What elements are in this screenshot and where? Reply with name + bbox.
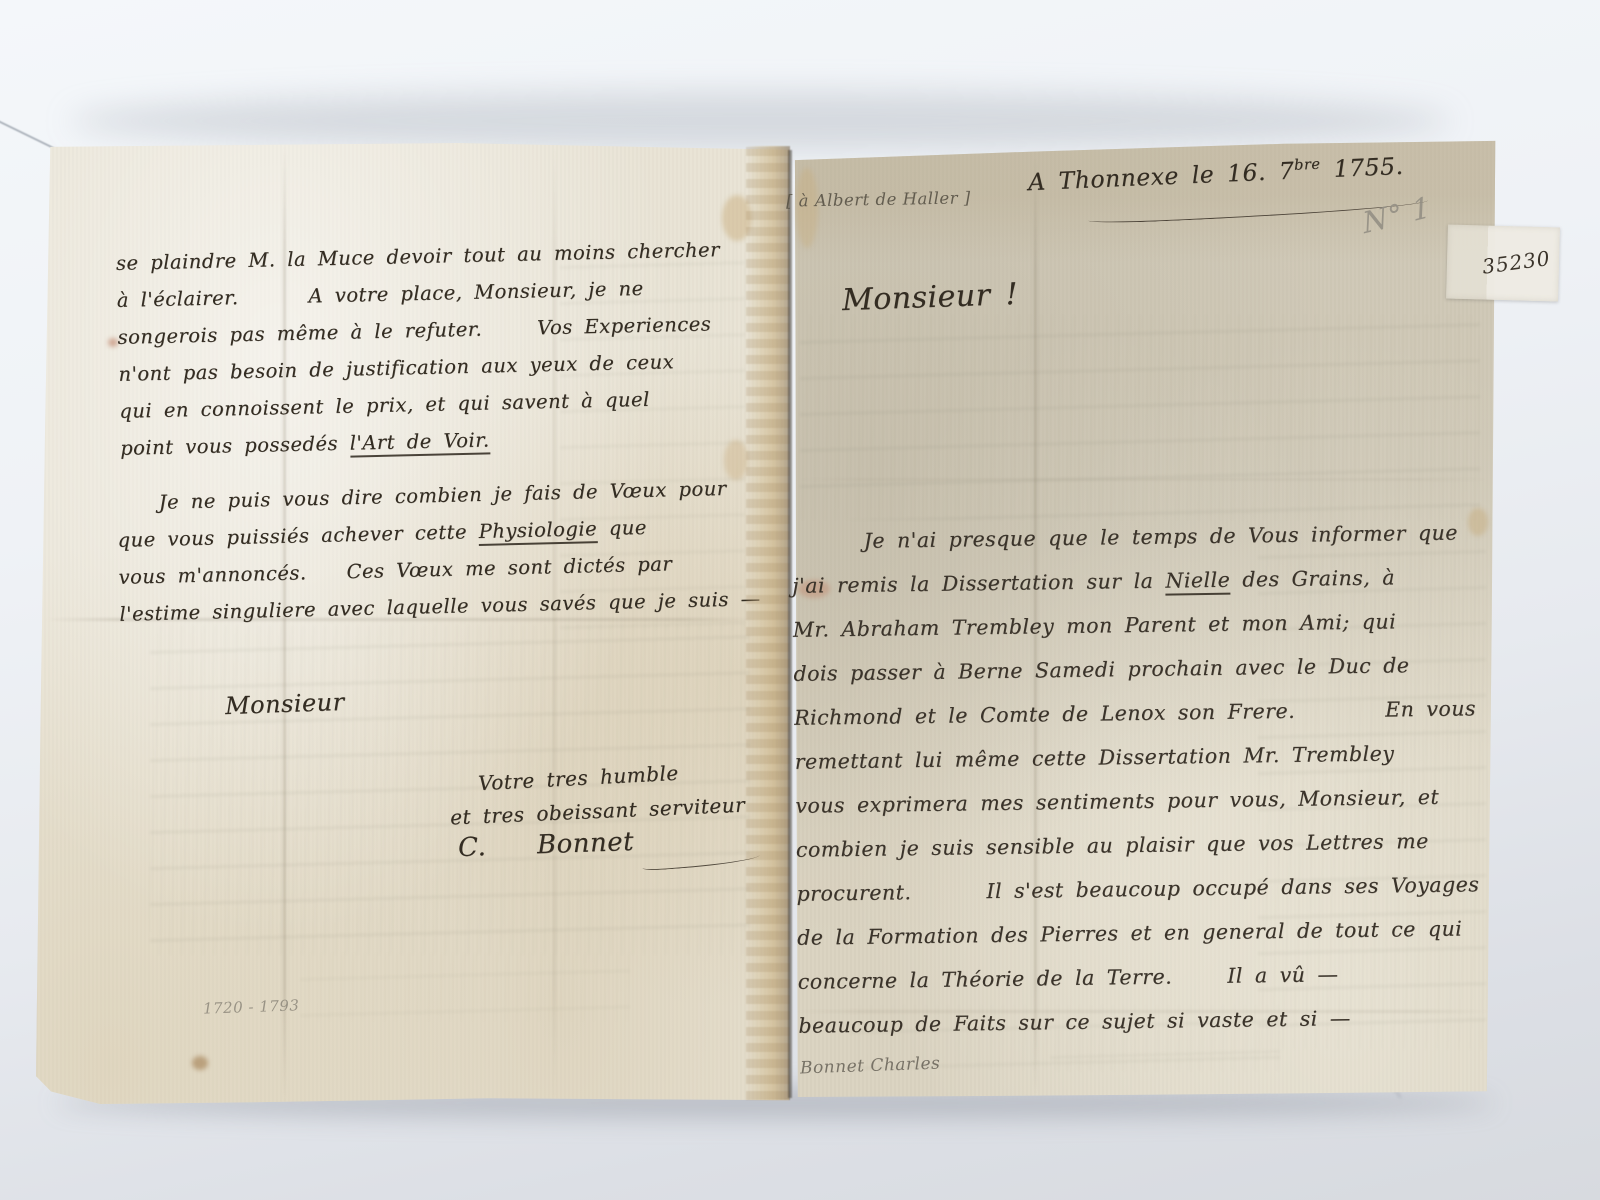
letter-text: dois passer à Berne Samedi prochain avec… bbox=[793, 653, 1409, 686]
letter-text: songerois pas même à le refuter. bbox=[117, 318, 482, 349]
letter-text: remettant lui même cette Dissertation Mr… bbox=[795, 741, 1395, 773]
letter-text: n'ont pas besoin de justification aux ye… bbox=[118, 350, 674, 386]
pencil-dates-annotation: 1720 - 1793 bbox=[203, 996, 300, 1017]
crease-line bbox=[795, 478, 1490, 481]
letter-text: Je n'ai presque que le temps de Vous inf… bbox=[863, 520, 1458, 552]
dateline-superscript: bre bbox=[1294, 156, 1321, 174]
letter-text: vous exprimera mes sentiments pour vous,… bbox=[795, 785, 1439, 818]
letter-text: A votre place, Monsieur, je ne bbox=[308, 277, 644, 308]
letter-text: Il a vû — bbox=[1227, 962, 1339, 988]
letter-text: concerne la Théorie de la Terre. bbox=[798, 965, 1173, 994]
paragraph: Je n'ai presque que le temps de Vous inf… bbox=[791, 510, 1481, 1047]
letter-text: Richmond et le Comte de Lenox son Frere. bbox=[794, 699, 1295, 730]
photo-background: se plaindre M. la Muce devoir tout au mo… bbox=[0, 0, 1600, 1200]
sticker-number: 35230 bbox=[1481, 246, 1552, 279]
dateline-year: 1755. bbox=[1320, 152, 1404, 184]
ghost-writing bbox=[300, 952, 630, 1022]
foxing-spot bbox=[108, 338, 118, 347]
letter-text: j'ai remis la Dissertation sur la bbox=[792, 569, 1165, 598]
underlined-text: Physiologie bbox=[478, 517, 597, 546]
ghost-writing bbox=[800, 315, 1480, 520]
foxing-spot bbox=[192, 1056, 208, 1070]
paragraph: Je ne puis vous dire combien je fais de … bbox=[116, 469, 761, 633]
letter-text: Ces Vœux me sont dictés par bbox=[346, 552, 672, 583]
letter-text: qui en connoissent le prix, et qui saven… bbox=[119, 388, 650, 423]
letter-text: combien je suis sensible au plaisir que … bbox=[796, 829, 1429, 862]
salutation: Monsieur ! bbox=[841, 277, 1018, 318]
closing-salutation: Monsieur bbox=[225, 688, 346, 720]
letter-text: que bbox=[597, 516, 647, 540]
letter-text: point vous possedés bbox=[120, 432, 350, 460]
letter-text: à l'éclairer. bbox=[117, 286, 239, 312]
paragraph: se plaindre M. la Muce devoir tout au mo… bbox=[116, 231, 725, 467]
letter-text: Il s'est beaucoup occupé dans ses Voyage… bbox=[986, 872, 1479, 903]
letter-text: beaucoup de Faits sur ce sujet si vaste … bbox=[798, 1006, 1351, 1038]
page-gap-shadow bbox=[788, 150, 792, 1098]
letter-text: de la Formation des Pierres et en genera… bbox=[797, 916, 1462, 949]
letter-text: que vous puissiés achever cette bbox=[117, 520, 479, 552]
inventory-sticker: 35230 bbox=[1446, 225, 1560, 302]
underlined-text: Nielle bbox=[1165, 568, 1230, 596]
letter-text: des Grains, à bbox=[1230, 565, 1395, 591]
letter-text: Mr. Abraham Trembley mon Parent et mon A… bbox=[793, 609, 1397, 641]
underlined-text: l'Art de Voir. bbox=[349, 428, 489, 457]
fold-edge-strip bbox=[746, 146, 790, 1100]
signature: C. Bonnet bbox=[458, 827, 635, 863]
letter-text: vous m'annoncés. bbox=[118, 561, 307, 589]
letter-text: En vous bbox=[1385, 696, 1476, 721]
recipient-annotation: [ à Albert de Haller ] bbox=[786, 188, 971, 210]
letter-text: procurent. bbox=[796, 880, 911, 906]
letter-text: Vos Experiences bbox=[537, 312, 712, 339]
page-top-shadow bbox=[70, 92, 1450, 150]
ghost-writing bbox=[150, 625, 750, 955]
